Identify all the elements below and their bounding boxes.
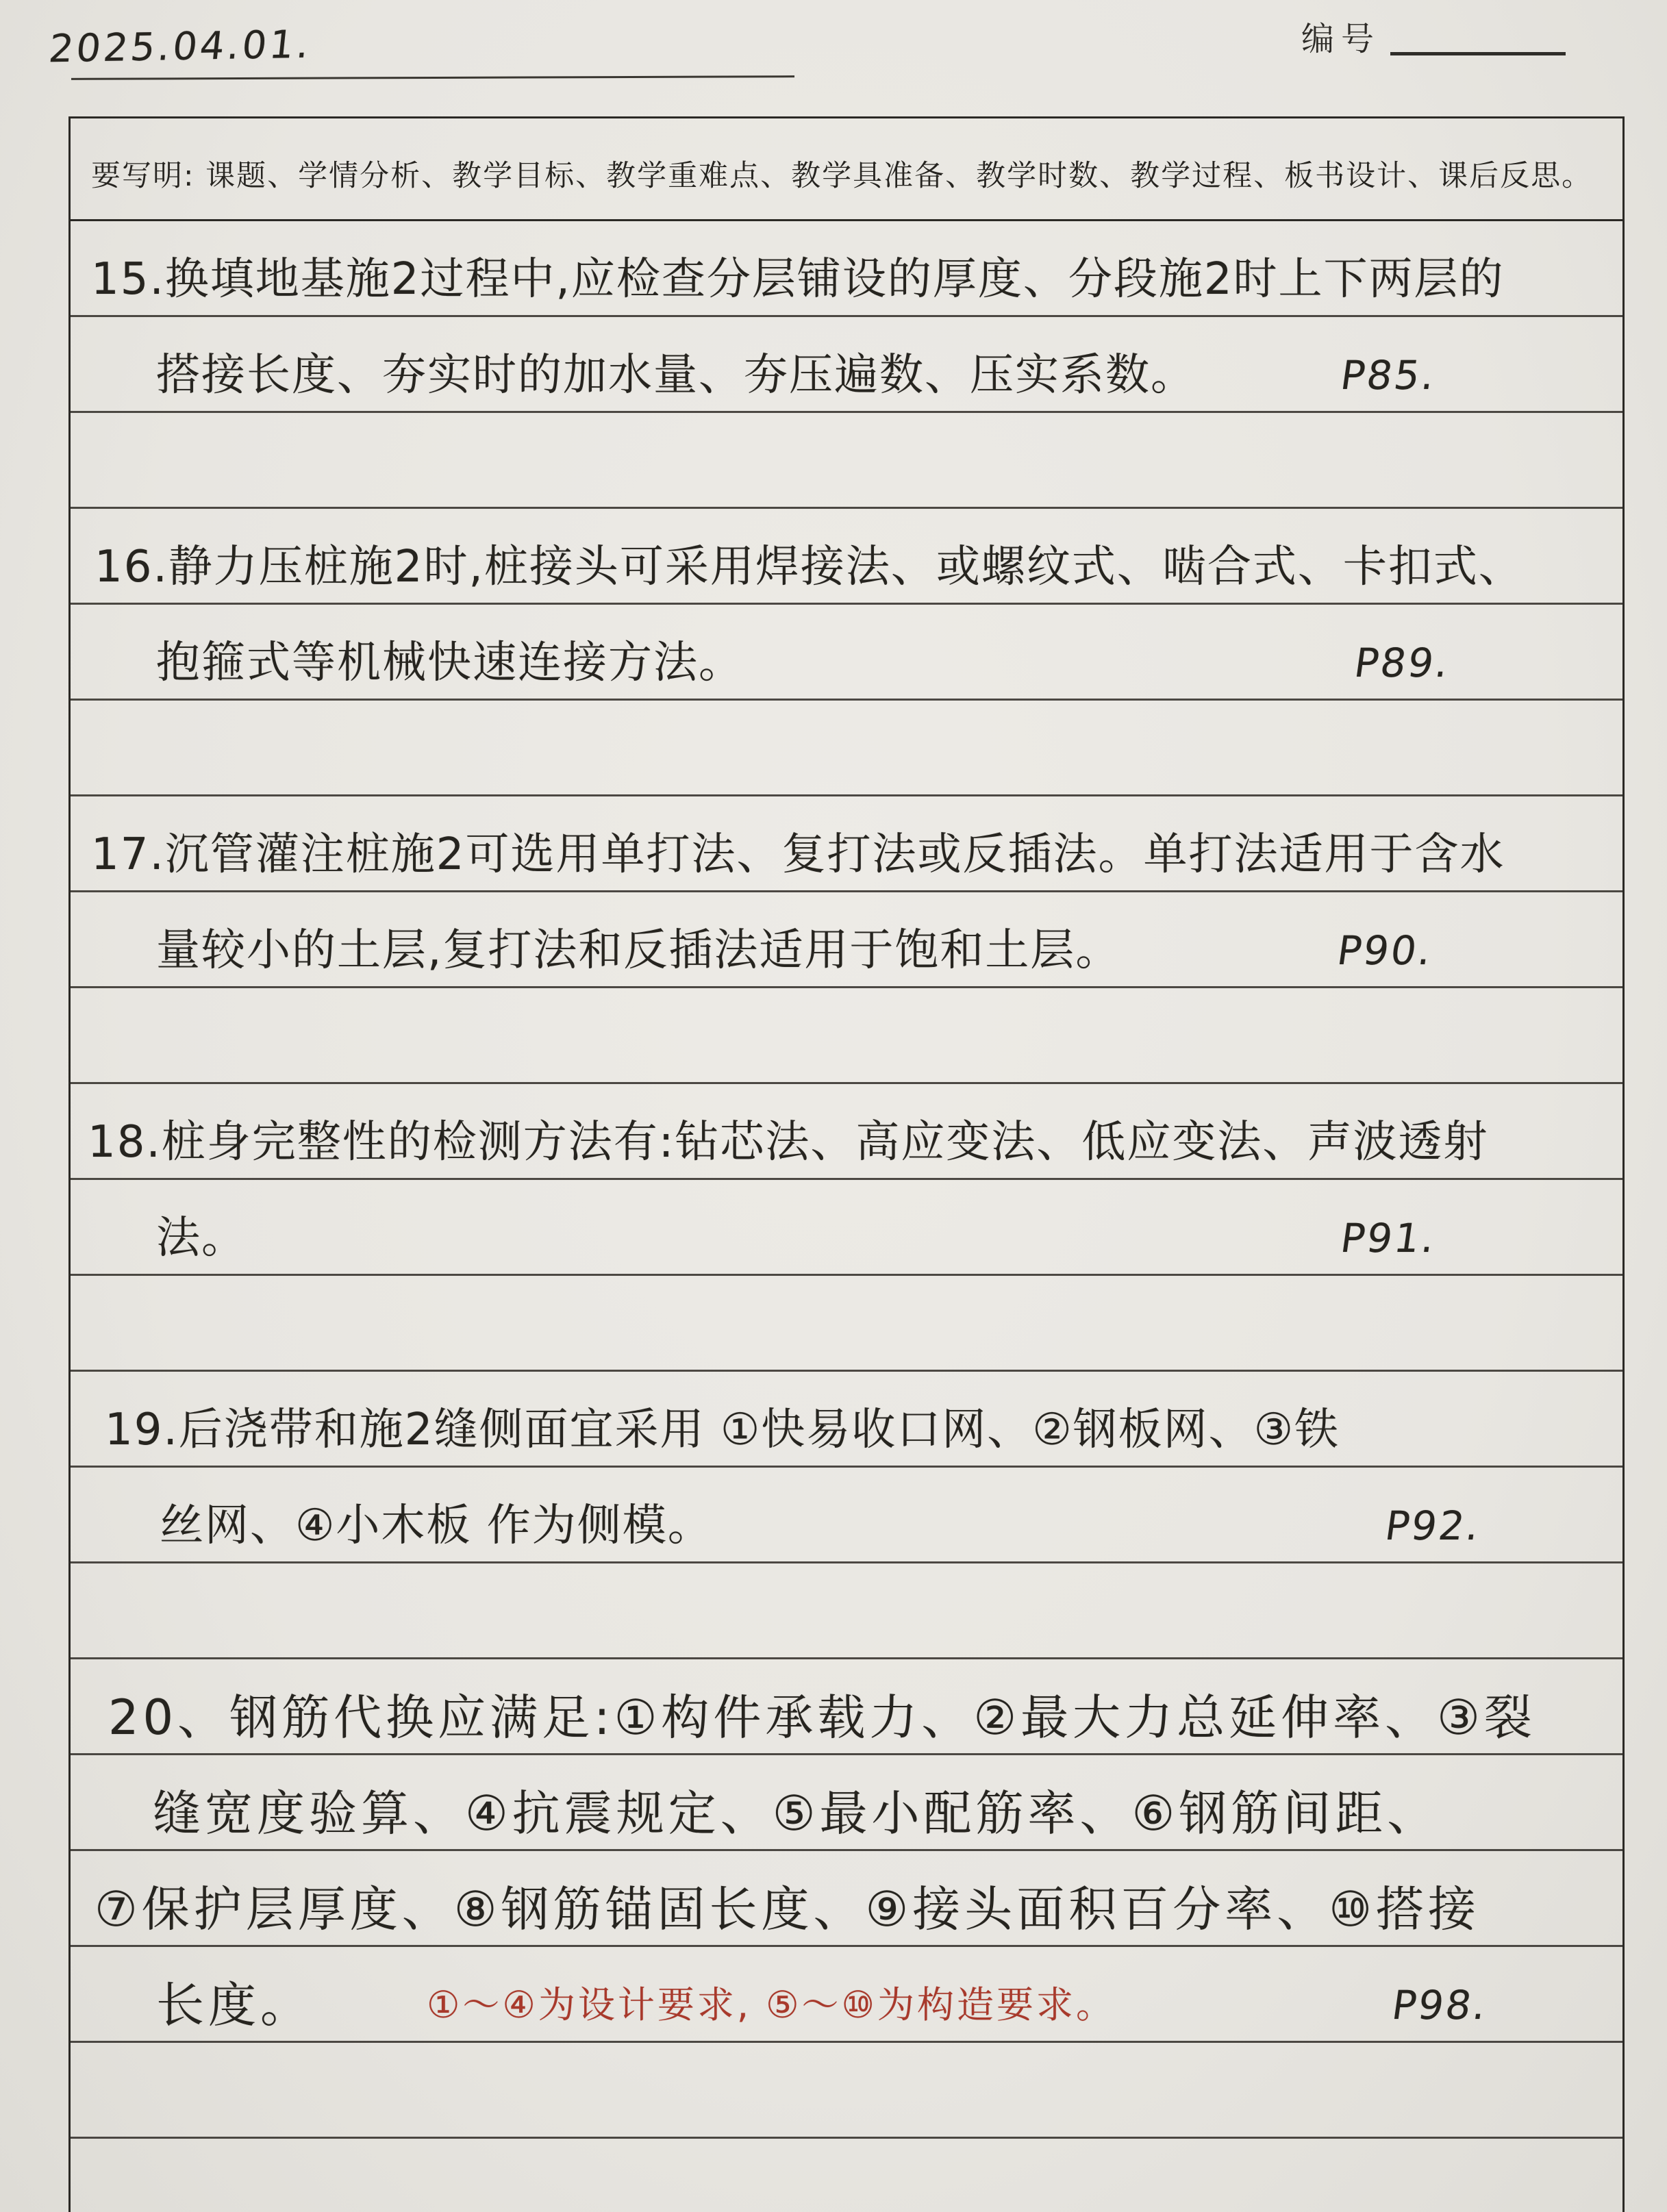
note-20-line-3: ⑦保护层厚度、⑧钢筋锚固长度、⑨接头面积百分率、⑩搭接: [95, 1872, 1480, 1947]
note-16-line-2: 抱箍式等机械快速连接方法。: [156, 625, 744, 701]
note-18-page-ref: P91.: [1336, 1201, 1442, 1276]
date-underline: [71, 75, 794, 80]
header-instruction-text: 要写明: 课题、学情分析、教学目标、教学重难点、教学具准备、教学时数、教学过程、…: [71, 143, 1592, 194]
serial-number: 编号: [1301, 12, 1566, 60]
note-19-line-2: 丝网、④小木板 作为侧模。: [160, 1488, 713, 1563]
note-18-line-1: 18.桩身完整性的检测方法有:钻芯法、高应变法、低应变法、声波透射: [88, 1105, 1488, 1180]
note-17-line-1: 17.沉管灌注桩施2可选用单打法、复打法或反插法。单打法适用于含水: [91, 817, 1505, 892]
note-15-page-ref: P85.: [1336, 338, 1442, 413]
note-19-line-1: 19.后浇带和施2缝侧面宜采用 ①快易收口网、②钢板网、③铁: [105, 1392, 1340, 1468]
note-15-line-1: 15.换填地基施2过程中,应检查分层铺设的厚度、分段施2时上下两层的: [91, 242, 1505, 317]
note-15-line-2: 搭接长度、夯实时的加水量、夯压遍数、压实系数。: [156, 338, 1196, 413]
note-20-page-ref: P98.: [1387, 1968, 1493, 2043]
note-17-page-ref: P90.: [1332, 913, 1438, 988]
note-20-line-4: 长度。: [156, 1968, 312, 2043]
header-instruction-row: 要写明: 课题、学情分析、教学目标、教学重难点、教学具准备、教学时数、教学过程、…: [71, 118, 1622, 221]
note-16-page-ref: P89.: [1349, 625, 1455, 701]
note-16-line-1: 16.静力压桩施2时,桩接头可采用焊接法、或螺纹式、啮合式、卡扣式、: [95, 529, 1524, 605]
note-17-line-2: 量较小的土层,复打法和反插法适用于饱和土层。: [156, 913, 1120, 988]
note-20-annotation-red: ①～④为设计要求, ⑤～⑩为构造要求。: [427, 1968, 1116, 2043]
serial-label: 编号: [1301, 12, 1381, 60]
ruled-writing-area: 15.换填地基施2过程中,应检查分层铺设的厚度、分段施2时上下两层的 搭接长度、…: [71, 221, 1622, 2212]
note-20-line-2: 缝宽度验算、④抗震规定、⑤最小配筋率、⑥钢筋间距、: [153, 1776, 1439, 1851]
date-handwritten: 2025.04.01.: [47, 23, 314, 72]
note-19-page-ref: P92.: [1380, 1488, 1486, 1563]
note-18-line-2: 法。: [156, 1201, 247, 1276]
notebook-page: 2025.04.01. 编号 要写明: 课题、学情分析、教学目标、教学重难点、教…: [0, 0, 1667, 2212]
note-20-line-1: 20、钢筋代换应满足:①构件承载力、②最大力总延伸率、③裂: [108, 1680, 1536, 1755]
serial-blank-line: [1390, 52, 1566, 55]
notes-form-sheet: 要写明: 课题、学情分析、教学目标、教学重难点、教学具准备、教学时数、教学过程、…: [68, 116, 1625, 2212]
